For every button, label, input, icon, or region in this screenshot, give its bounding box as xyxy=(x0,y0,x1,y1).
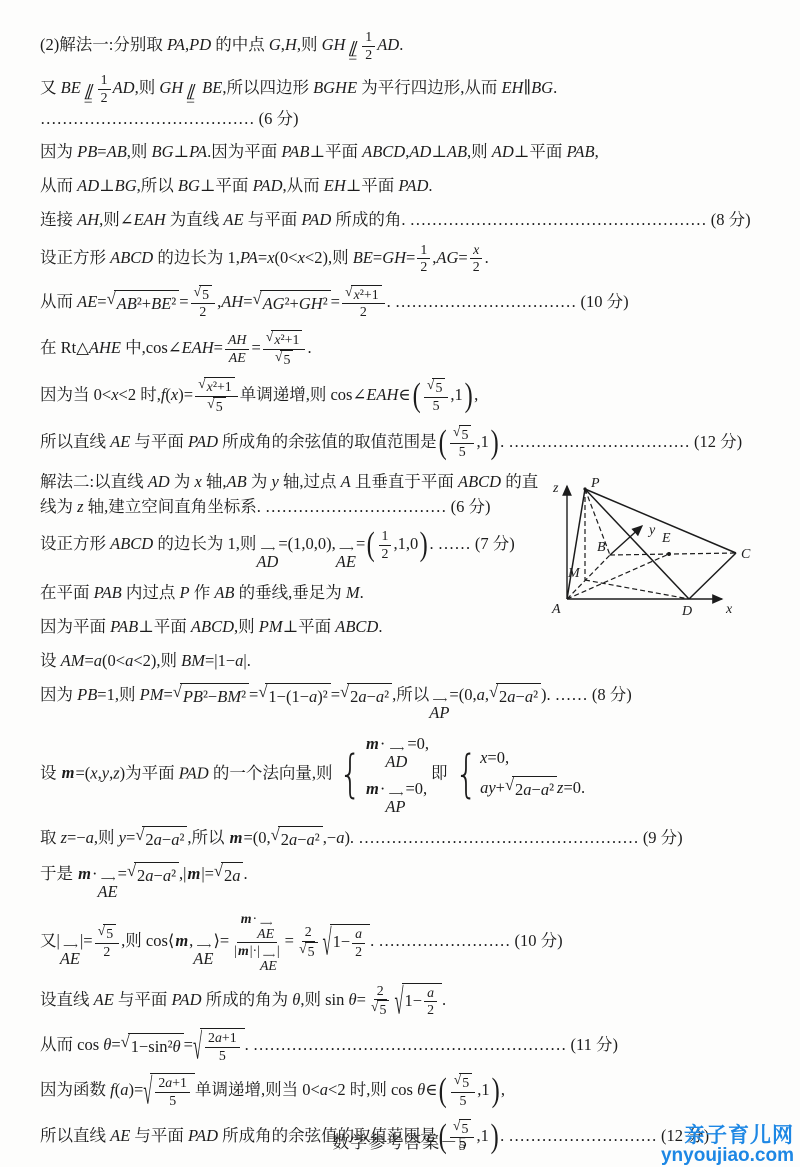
solution-part2: z P y B E C M A D x 解法二:以直线 AD 为 x 轴,AB … xyxy=(40,470,758,1155)
solution-line: 从而 AD⊥BG,所以 BG⊥平面 PAD,从而 EH⊥平面 PAD. xyxy=(40,174,758,199)
solution-line: 因为 PB=AB,则 BG⊥PA.因为平面 PAB⊥平面 ABCD,AD⊥AB,… xyxy=(40,140,758,165)
solution-part1: (2)解法一:分别取 PA,PD 的中点 G,H,则 GH∥=12AD.又 BE… xyxy=(40,29,758,461)
solution-line: 连接 AH,则∠EAH 为直线 AE 与平面 PAD 所成的角. …………………… xyxy=(40,208,758,233)
dotted-leader: ………………………………………………… xyxy=(253,1035,567,1054)
point-E-dot xyxy=(667,552,671,556)
solution-line: 因为函数 f(a)=√2a+15单调递增,则当 0<a<2 时,则 cos θ∈… xyxy=(40,1073,758,1109)
answer-page: (2)解法一:分别取 PA,PD 的中点 G,H,则 GH∥=12AD.又 BE… xyxy=(0,0,800,1167)
dotted-leader: …………………… xyxy=(378,931,510,950)
solution-line: 因为 PB=1,则 PM=√PB²−BM²=√1−(1−a)²=√2a−a²,所… xyxy=(40,683,758,723)
edge-DC xyxy=(689,553,736,599)
hidden-edges xyxy=(567,489,736,599)
solution-line: 又|⟶AE|=√52,则 cos⟨m,⟶AE⟩=m·⟶AE|m|·|⟶AE|=2… xyxy=(40,911,758,974)
figure-label-E: E xyxy=(661,531,671,546)
figure-label-M: M xyxy=(567,566,581,581)
score-badge: (8 分) xyxy=(707,210,751,229)
watermark: 亲子育儿网 ynyoujiao.com xyxy=(661,1125,794,1165)
solution-line: 于是 m·⟶AE=√2a−a²,|m|=√2a. xyxy=(40,862,758,902)
figure-svg: z P y B E C M A D x xyxy=(550,472,758,624)
dotted-leader: …………………………… xyxy=(508,431,690,450)
score-badge: (6 分) xyxy=(255,109,299,128)
dotted-leader: …………………………………………… xyxy=(358,828,639,847)
y-axis xyxy=(610,526,642,555)
solution-line: 又 BE∥=12AD,则 GH∥= BE,所以四边形 BGHE 为平行四边形,从… xyxy=(40,72,758,131)
solution-line: 设 m=(x,y,z)为平面 PAD 的一个法向量,则{m·⟶AD=0,m·⟶A… xyxy=(40,732,758,817)
score-badge: (9 分) xyxy=(639,828,683,847)
geometry-figure: z P y B E C M A D x xyxy=(550,472,758,624)
solution-line: 设正方形 ABCD 的边长为 1,PA=x(0<x<2),则 BE=GH=12,… xyxy=(40,242,758,276)
figure-label-y: y xyxy=(647,523,656,538)
dotted-leader: …… xyxy=(438,534,471,553)
edge-BC xyxy=(610,553,736,555)
dotted-leader: ……………………………………………… xyxy=(410,210,707,229)
score-badge: (10 分) xyxy=(510,931,562,950)
dotted-leader: …… xyxy=(555,685,588,704)
solution-line: 从而 AE=√AB²+BE²=√52,AH=√AG²+GH²=√x²+12. …… xyxy=(40,285,758,321)
edge-AP xyxy=(567,489,585,599)
score-badge: (7 分) xyxy=(471,534,515,553)
solution-line: 从而 cos θ=√1−sin²θ=√2a+15. ……………………………………… xyxy=(40,1028,758,1064)
figure-label-B: B xyxy=(597,540,606,555)
score-badge: (8 分) xyxy=(588,685,632,704)
score-badge: (11 分) xyxy=(566,1035,618,1054)
dotted-leader: …………………………… xyxy=(265,497,447,516)
watermark-site-url: ynyoujiao.com xyxy=(661,1146,794,1165)
solution-line: 设 AM=a(0<a<2),则 BM=|1−a|. xyxy=(40,649,758,674)
score-badge: (12 分) xyxy=(690,431,742,450)
figure-label-D: D xyxy=(681,604,692,619)
solution-line: 因为当 0<x<2 时,f(x)=√x²+1√5单调递增,则 cos∠EAH∈(… xyxy=(40,377,758,415)
figure-label-P: P xyxy=(590,476,600,491)
dotted-leader: …………………………… xyxy=(395,292,577,311)
watermark-site-name: 亲子育儿网 xyxy=(661,1125,794,1146)
figure-label-C: C xyxy=(741,547,751,562)
figure-label-z: z xyxy=(552,481,559,496)
solution-line: 所以直线 AE 与平面 PAD 所成角的余弦值的取值范围是(√55,1). ……… xyxy=(40,425,758,461)
solution-line: 在 Rt△AHE 中,cos∠EAH=AHAE=√x²+1√5. xyxy=(40,330,758,368)
dotted-leader: ………………………………… xyxy=(40,109,255,128)
score-badge: (10 分) xyxy=(576,292,628,311)
edge-PC xyxy=(585,489,736,553)
solution-line: (2)解法一:分别取 PA,PD 的中点 G,H,则 GH∥=12AD. xyxy=(40,29,758,63)
score-badge: (6 分) xyxy=(447,497,491,516)
solution-line: 取 z=−a,则 y=√2a−a²,所以 m=(0,√2a−a²,−a). ……… xyxy=(40,826,758,853)
point-P-dot xyxy=(583,487,586,490)
figure-label-x: x xyxy=(725,602,733,617)
solution-line: 设直线 AE 与平面 PAD 所成的角为 θ,则 sin θ=2√5√1−a2. xyxy=(40,983,758,1019)
figure-label-A: A xyxy=(551,602,561,617)
